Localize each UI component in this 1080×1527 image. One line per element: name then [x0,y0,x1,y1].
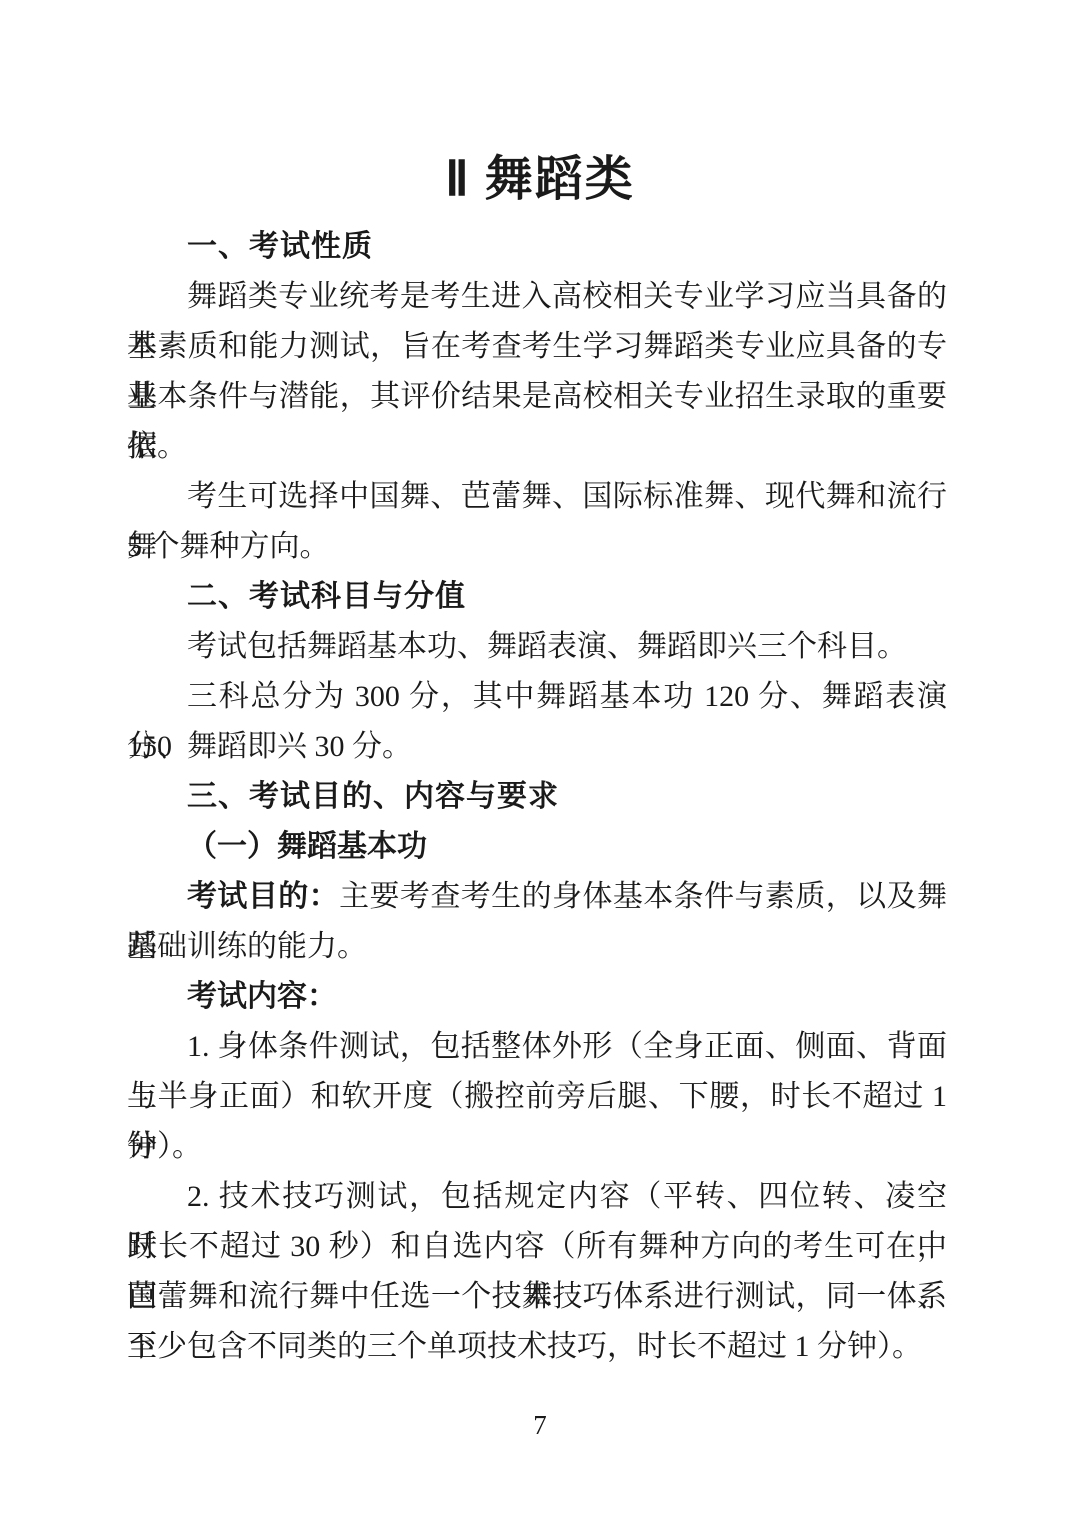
page-number: 7 [0,1405,1080,1445]
list-item-1-line: 上半身正面）和软开度（搬控前旁后腿、下腰，时长不超过 1 分 [127,1072,947,1122]
list-item-2-line: 2. 技术技巧测试，包括规定内容（平转、四位转、凌空跃， [127,1172,947,1222]
paragraph-line: 据。 [127,422,947,472]
list-item-1-line: 1. 身体条件测试，包括整体外形（全身正面、侧面、背面与 [127,1022,947,1072]
list-item-2-line: 至少包含不同类的三个单项技术技巧，时长不超过 1 分钟）。 [127,1322,947,1372]
paragraph-line: 考试包括舞蹈基本功、舞蹈表演、舞蹈即兴三个科目。 [127,622,947,672]
document-body: 一、考试性质 舞蹈类专业统考是考生进入高校相关专业学习应当具备的基 本素质和能力… [127,222,947,1372]
paragraph-line: 分、舞蹈即兴 30 分。 [127,722,947,772]
paragraph-line: 舞蹈类专业统考是考生进入高校相关专业学习应当具备的基 [127,272,947,322]
paragraph-line: 考试目的：主要考查考生的身体基本条件与素质，以及舞蹈 [127,872,947,922]
page-title: Ⅱ 舞蹈类 [0,140,1080,209]
list-item-1-line: 钟）。 [127,1122,947,1172]
list-item-2-line: 时长不超过 30 秒）和自选内容（所有舞种方向的考生可在中国舞、 [127,1222,947,1272]
paragraph-line: 本素质和能力测试，旨在考查考生学习舞蹈类专业应具备的专业 [127,322,947,372]
paragraph-line: 5 个舞种方向。 [127,522,947,572]
section-1-heading: 一、考试性质 [127,222,947,272]
paragraph-line: 考生可选择中国舞、芭蕾舞、国际标准舞、现代舞和流行舞 [127,472,947,522]
paragraph-line: 三科总分为 300 分，其中舞蹈基本功 120 分、舞蹈表演 150 [127,672,947,722]
paragraph-line: 基础训练的能力。 [127,922,947,972]
paragraph-line: 基本条件与潜能，其评价结果是高校相关专业招生录取的重要依 [127,372,947,422]
subsection-1-heading: （一）舞蹈基本功 [127,822,947,872]
section-2-heading: 二、考试科目与分值 [127,572,947,622]
exam-purpose-label: 考试目的： [187,880,339,913]
document-page: Ⅱ 舞蹈类 一、考试性质 舞蹈类专业统考是考生进入高校相关专业学习应当具备的基 … [0,0,1080,1527]
list-item-2-line: 芭蕾舞和流行舞中任选一个技术技巧体系进行测试，同一体系下 [127,1272,947,1322]
section-3-heading: 三、考试目的、内容与要求 [127,772,947,822]
exam-content-label: 考试内容： [127,972,947,1022]
